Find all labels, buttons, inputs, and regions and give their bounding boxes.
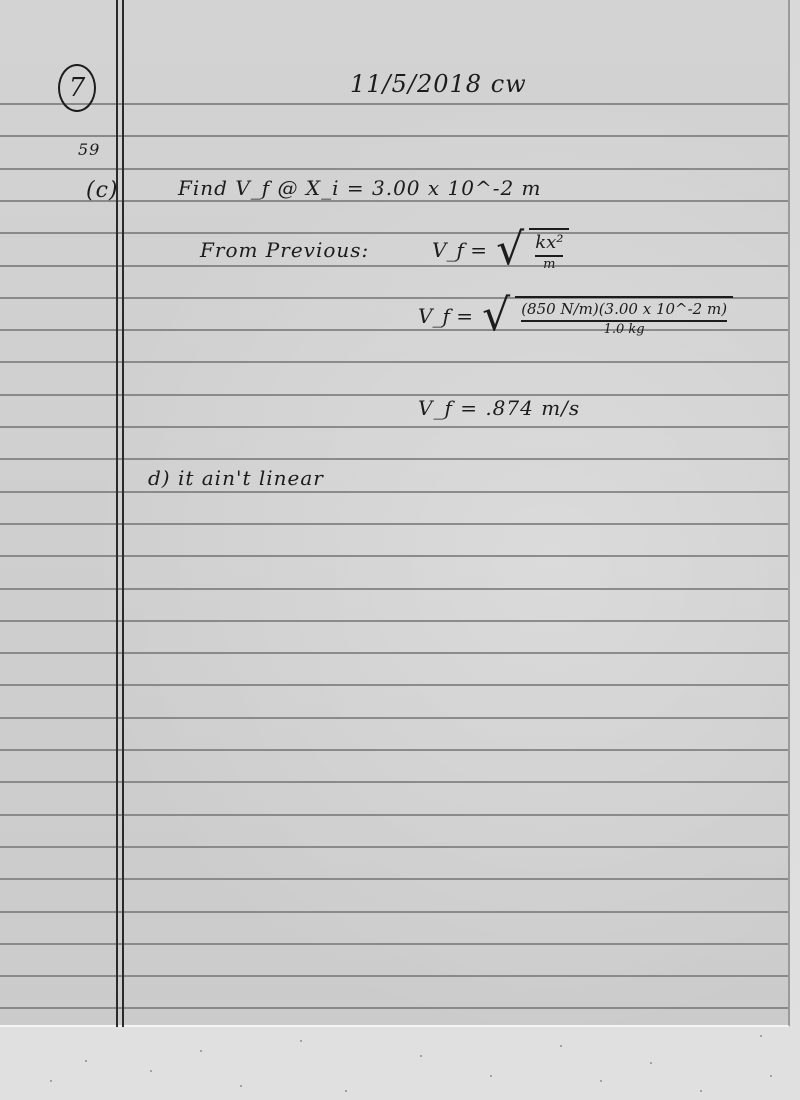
ruled-line — [0, 846, 788, 848]
ruled-line — [0, 265, 788, 267]
ruled-line — [0, 103, 788, 105]
radicand: kx² m — [529, 228, 569, 272]
velocity-result: V_f = .874 m/s — [418, 396, 580, 420]
ruled-line — [0, 620, 788, 622]
ruled-line — [0, 458, 788, 460]
ruled-line — [0, 684, 788, 686]
ruled-line — [0, 943, 788, 945]
problem-reference: 59 — [78, 140, 100, 159]
scan-speck — [240, 1085, 242, 1087]
part-c-statement: Find V_f @ X_i = 3.00 x 10^-2 m — [178, 176, 542, 200]
velocity-formula: V_f = √ kx² m — [432, 228, 569, 272]
substitution-formula: V_f = √ (850 N/m)(3.00 x 10^-2 m) 1.0 kg — [418, 294, 733, 338]
ruled-line — [0, 717, 788, 719]
substitution-denominator: 1.0 kg — [521, 322, 727, 337]
scan-speck — [345, 1090, 347, 1092]
scan-speck — [490, 1075, 492, 1077]
scan-speck — [85, 1060, 87, 1062]
formula-lhs: V_f = — [432, 238, 487, 262]
part-d-answer: d) it ain't linear — [148, 466, 324, 490]
ruled-line — [0, 491, 788, 493]
ruled-line — [0, 975, 788, 977]
ruled-line — [0, 588, 788, 590]
problem-number-circled: 7 — [58, 64, 96, 112]
scan-speck — [300, 1040, 302, 1042]
scan-speck — [760, 1035, 762, 1037]
formula-numerator: kx² — [535, 232, 563, 257]
scan-speck — [560, 1045, 562, 1047]
scan-speck — [50, 1080, 52, 1082]
ruled-line — [0, 911, 788, 913]
ruled-line — [0, 168, 788, 170]
problem-number: 7 — [69, 73, 86, 103]
ruled-line — [0, 555, 788, 557]
ruled-line — [0, 749, 788, 751]
ruled-line — [0, 814, 788, 816]
sqrt-symbol: √ — [496, 228, 524, 272]
scan-speck — [420, 1055, 422, 1057]
from-previous-label: From Previous: — [200, 238, 369, 262]
ruled-line — [0, 523, 788, 525]
scan-speck — [600, 1080, 602, 1082]
substitution-numerator: (850 N/m)(3.00 x 10^-2 m) — [521, 300, 727, 322]
ruled-line — [0, 652, 788, 654]
scan-speck — [150, 1070, 152, 1072]
sqrt-symbol: √ — [482, 294, 510, 338]
radicand: (850 N/m)(3.00 x 10^-2 m) 1.0 kg — [515, 296, 733, 337]
notebook-page: 7 11/5/2018 cw 59 (c) Find V_f @ X_i = 3… — [0, 0, 790, 1027]
ruled-line — [0, 1007, 788, 1009]
part-c-label: (c) — [86, 178, 119, 203]
scan-speck — [770, 1075, 772, 1077]
scan-speck — [650, 1062, 652, 1064]
margin-line-right — [122, 0, 124, 1027]
ruled-line — [0, 361, 788, 363]
formula-denominator: m — [535, 257, 563, 272]
ruled-line — [0, 394, 788, 396]
ruled-line — [0, 878, 788, 880]
ruled-line — [0, 232, 788, 234]
ruled-line — [0, 426, 788, 428]
margin-line-left — [116, 0, 118, 1027]
ruled-line — [0, 135, 788, 137]
date-header: 11/5/2018 cw — [350, 70, 527, 98]
substitution-lhs: V_f = — [418, 304, 473, 328]
scan-speck — [700, 1090, 702, 1092]
ruled-line — [0, 781, 788, 783]
scan-speck — [200, 1050, 202, 1052]
